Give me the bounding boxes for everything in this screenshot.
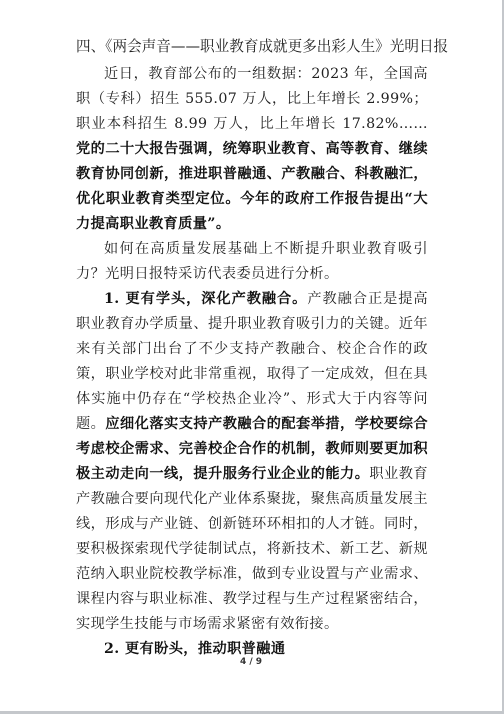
article-heading: 四、《两会声音——职业教育成就更多出彩人生》光明日报: [76, 34, 428, 59]
paragraph-text: 如何在高质量发展基础上不断提升职业教育吸引力？光明日报特采访代表委员进行分析。: [76, 241, 428, 282]
paragraph-interview-intro: 如何在高质量发展基础上不断提升职业教育吸引力？光明日报特采访代表委员进行分析。: [76, 237, 428, 287]
paragraph-text: 近日，教育部公布的一组数据：2023 年，全国高职（专科）招生 555.07 万…: [76, 66, 428, 132]
document-page: 四、《两会声音——职业教育成就更多出彩人生》光明日报 近日，教育部公布的一组数据…: [0, 0, 504, 714]
paragraph-text: 产教融合正是提高职业教育办学质量、提升职业教育吸引力的关键。近年来有关部门出台了…: [76, 291, 428, 432]
paragraph-emphasis: 党的二十大报告强调，统筹职业教育、高等教育、继续教育协同创新，推进职普融通、产教…: [76, 141, 428, 232]
paragraph-text: 职业教育产教融合要向现代化产业体系聚拢，聚焦高质量发展主线，形成与产业链、创新链…: [76, 466, 428, 632]
page-content: 四、《两会声音——职业教育成就更多出彩人生》光明日报 近日，教育部公布的一组数据…: [76, 34, 428, 662]
page-indicator: 4 / 9: [0, 657, 502, 667]
paragraph-section-1: 1. 更有学头，深化产教融合。产教融合正是提高职业教育办学质量、提升职业教育吸引…: [76, 287, 428, 637]
section-1-title: 1. 更有学头，深化产教融合。: [104, 291, 307, 307]
paragraph-data-summary: 近日，教育部公布的一组数据：2023 年，全国高职（专科）招生 555.07 万…: [76, 62, 428, 237]
